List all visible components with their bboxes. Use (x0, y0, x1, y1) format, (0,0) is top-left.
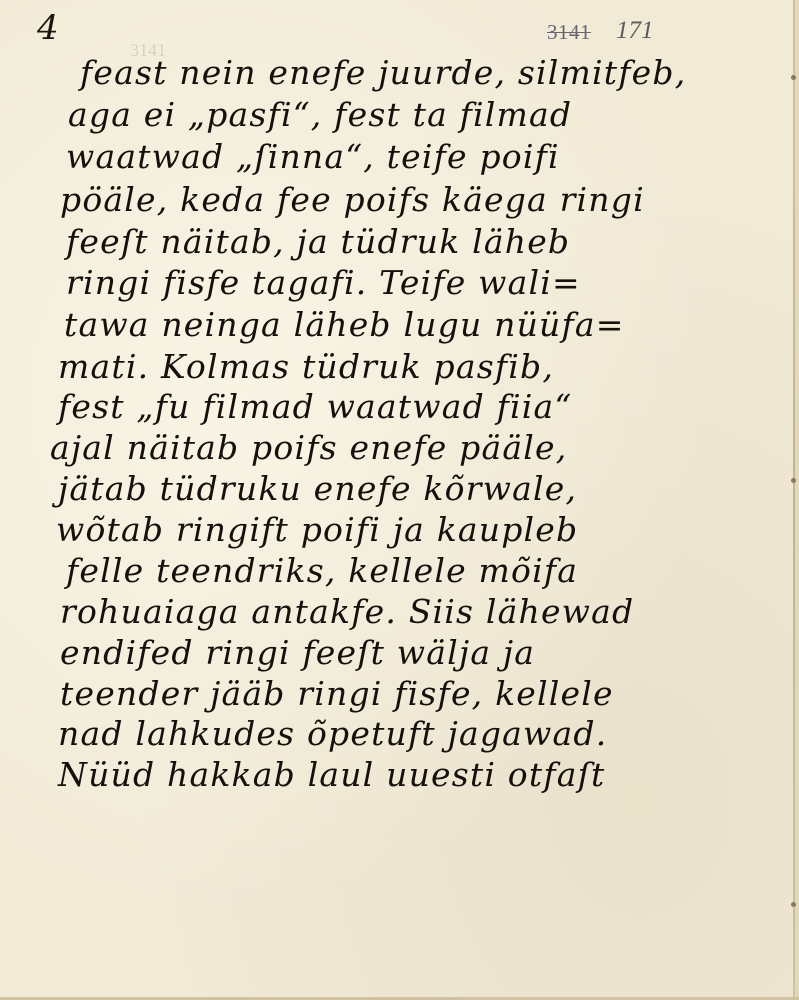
staple-hole (791, 902, 796, 907)
text-line: waatwad „ſinna“, teife poifi (66, 137, 560, 177)
archive-stamp-struck: 3141 (547, 20, 591, 45)
text-line: nad lahkudes õpetuft jagawad. (58, 714, 607, 754)
text-line: jätab tüdruku enefe kõrwale, (58, 469, 577, 509)
text-line: ringi fisfe tagafi. Teife wali= (66, 263, 581, 303)
binding-shadow (795, 0, 799, 1000)
text-line: rohuaiaga antakfe. Siis lähewad (60, 592, 634, 632)
text-line: feast nein enefe juurde, silmitfeb, (80, 53, 686, 93)
staple-hole (791, 75, 796, 80)
staple-hole (791, 478, 796, 483)
text-line: Nüüd hakkab laul uuesti otfaſt (58, 755, 606, 795)
text-line: tawa neinga läheb lugu nüüfa= (64, 305, 625, 345)
text-line: ajal näitab poifs enefe pääle, (50, 428, 567, 468)
text-line: endifed ringi feeſt wälja ja (60, 633, 535, 673)
archive-number: 171 (616, 17, 654, 45)
text-line: wõtab ringift poifi ja kaupleb (56, 510, 578, 550)
text-line: aga ei „pasfi“, fest ta filmad (68, 95, 572, 135)
text-line: pöäle, keda fee poifs käega ringi (60, 180, 645, 220)
binding-edge (793, 0, 795, 1000)
text-line: felle teendriks, kellele mõifa (66, 551, 578, 591)
page-number: 4 (37, 8, 59, 48)
text-line: fest „fu filmad waatwad fiia“ (58, 387, 572, 427)
text-line: feeſt näitab, ja tüdruk läheb (66, 222, 570, 262)
text-line: mati. Kolmas tüdruk pasfib, (58, 347, 554, 387)
text-line: teender jääb ringi fisfe, kellele (60, 674, 614, 714)
document-page: 3141 4 3141 171 feast nein enefe juurde,… (0, 0, 799, 1000)
